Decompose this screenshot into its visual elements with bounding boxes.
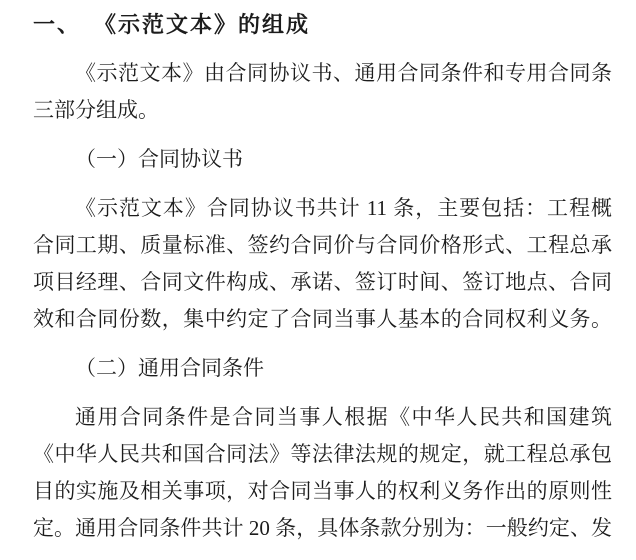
text-line: 通用合同条件是合同当事人根据《中华人民共和国建筑法》、	[33, 399, 612, 436]
text-line: 目的实施及相关事项，对合同当事人的权利义务作出的原则性约	[33, 473, 612, 510]
text-line: （二）通用合同条件	[33, 350, 612, 387]
document-page: 一、《示范文本》的组成 《示范文本》由合同协议书、通用合同条件和专用合同条件 三…	[0, 0, 636, 560]
subheading-contract-agreement: （一）合同协议书	[33, 141, 612, 178]
paragraph-contract-agreement-detail: 《示范文本》合同协议书共计 11 条，主要包括：工程概况、 合同工期、质量标准、…	[33, 190, 612, 338]
section-title: 《示范文本》的组成	[105, 12, 310, 37]
section-number: 一、	[33, 12, 81, 37]
section-heading: 一、《示范文本》的组成	[33, 6, 612, 43]
text-line: 《示范文本》由合同协议书、通用合同条件和专用合同条件	[33, 55, 612, 92]
text-line: 《中华人民共和国合同法》等法律法规的规定，就工程总承包项	[33, 436, 612, 473]
text-line: 三部分组成。	[33, 92, 612, 129]
text-line: 效和合同份数，集中约定了合同当事人基本的合同权利义务。	[33, 301, 612, 338]
text-line: 定。通用合同条件共计 20 条，具体条款分别为：一般约定、发	[33, 510, 612, 547]
text-line: 《示范文本》合同协议书共计 11 条，主要包括：工程概况、	[33, 190, 612, 227]
text-line: 合同工期、质量标准、签约合同价与合同价格形式、工程总承包	[33, 227, 612, 264]
paragraph-general-conditions-detail: 通用合同条件是合同当事人根据《中华人民共和国建筑法》、 《中华人民共和国合同法》…	[33, 399, 612, 547]
text-line: （一）合同协议书	[33, 141, 612, 178]
text-line: 项目经理、合同文件构成、承诺、签订时间、签订地点、合同生	[33, 264, 612, 301]
paragraph-composition: 《示范文本》由合同协议书、通用合同条件和专用合同条件 三部分组成。	[33, 55, 612, 129]
subheading-general-conditions: （二）通用合同条件	[33, 350, 612, 387]
